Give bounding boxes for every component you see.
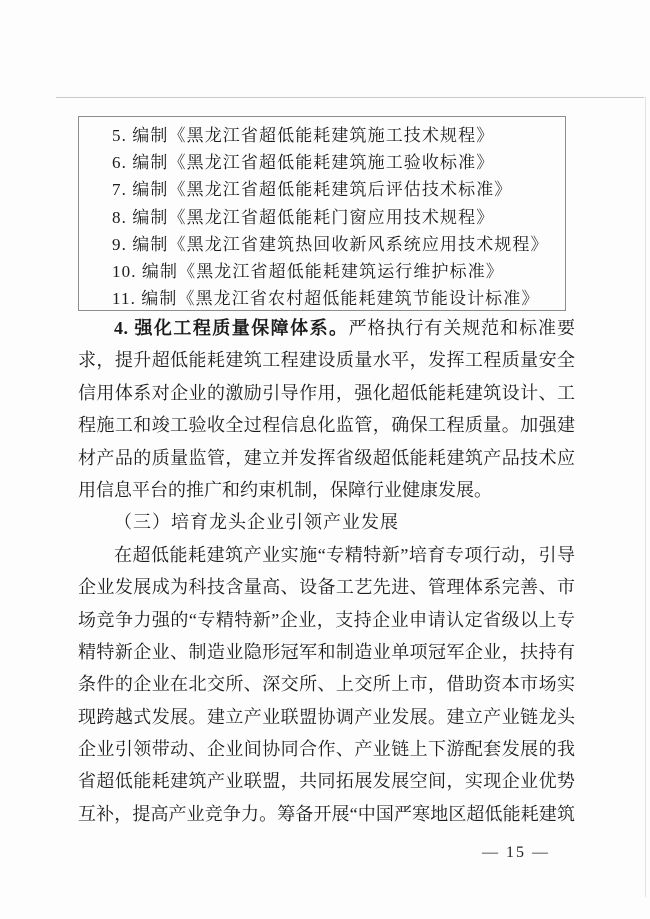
list-item: 9. 编制《黑龙江省建筑热回收新风系统应用技术规程》	[112, 231, 559, 258]
list-item: 8. 编制《黑龙江省超低能耗门窗应用技术规程》	[112, 204, 559, 231]
body-line: 精特新企业、制造业隐形冠军和制造业单项冠军企业，扶持有	[78, 636, 575, 668]
paragraph-lead-rest: 严格执行有关规范和标准要	[348, 318, 575, 338]
list-item: 6. 编制《黑龙江省超低能耗建筑施工验收标准》	[112, 149, 559, 176]
paragraph-lead-line: 4. 强化工程质量保障体系。严格执行有关规范和标准要	[78, 312, 575, 344]
body-line: 在超低能耗建筑产业实施“专精特新”培育专项行动，引导	[78, 539, 575, 571]
list-item: 7. 编制《黑龙江省超低能耗建筑后评估技术标准》	[112, 176, 559, 203]
body-line: 条件的企业在北交所、深交所、上交所上市，借助资本市场实	[78, 668, 575, 700]
body-line: 场竞争力强的“专精特新”企业，支持企业申请认定省级以上专	[78, 604, 575, 636]
page-number: — 15 —	[482, 844, 550, 862]
body-line: 程施工和竣工验收全过程信息化监管，确保工程质量。加强建	[78, 409, 575, 441]
body-line: 求，提升超低能耗建筑工程建设质量水平，发挥工程质量安全	[78, 344, 575, 376]
body-text: 4. 强化工程质量保障体系。严格执行有关规范和标准要 求，提升超低能耗建筑工程建…	[78, 312, 575, 830]
body-line: 材产品的质量监管，建立并发挥省级超低能耗建筑产品技术应	[78, 442, 575, 474]
section-heading: （三）培育龙头企业引领产业发展	[78, 506, 575, 538]
scan-artifact-vline	[645, 97, 646, 897]
body-line: 现跨越式发展。建立产业联盟协调产业发展。建立产业链龙头	[78, 701, 575, 733]
scan-artifact-hline	[56, 97, 644, 98]
paragraph-heading-bold: 4. 强化工程质量保障体系。	[114, 318, 348, 338]
list-item: 11. 编制《黑龙江省农村超低能耗建筑节能设计标准》	[112, 285, 559, 312]
body-line: 省超低能耗建筑产业联盟，共同拓展发展空间，实现企业优势	[78, 765, 575, 797]
body-line: 互补，提高产业竞争力。筹备开展“中国严寒地区超低能耗建筑	[78, 798, 575, 830]
list-item: 10. 编制《黑龙江省超低能耗建筑运行维护标准》	[112, 258, 559, 285]
standards-list: 5. 编制《黑龙江省超低能耗建筑施工技术规程》 6. 编制《黑龙江省超低能耗建筑…	[79, 117, 565, 312]
body-line: 用信息平台的推广和约束机制，保障行业健康发展。	[78, 474, 575, 506]
body-line: 企业引领带动、企业间协同合作、产业链上下游配套发展的我	[78, 733, 575, 765]
standards-list-box: 5. 编制《黑龙江省超低能耗建筑施工技术规程》 6. 编制《黑龙江省超低能耗建筑…	[78, 116, 566, 311]
document-page: 5. 编制《黑龙江省超低能耗建筑施工技术规程》 6. 编制《黑龙江省超低能耗建筑…	[0, 0, 650, 919]
body-line: 企业发展成为科技含量高、设备工艺先进、管理体系完善、市	[78, 571, 575, 603]
list-item: 5. 编制《黑龙江省超低能耗建筑施工技术规程》	[112, 122, 559, 149]
body-line: 信用体系对企业的激励引导作用，强化超低能耗建筑设计、工	[78, 377, 575, 409]
